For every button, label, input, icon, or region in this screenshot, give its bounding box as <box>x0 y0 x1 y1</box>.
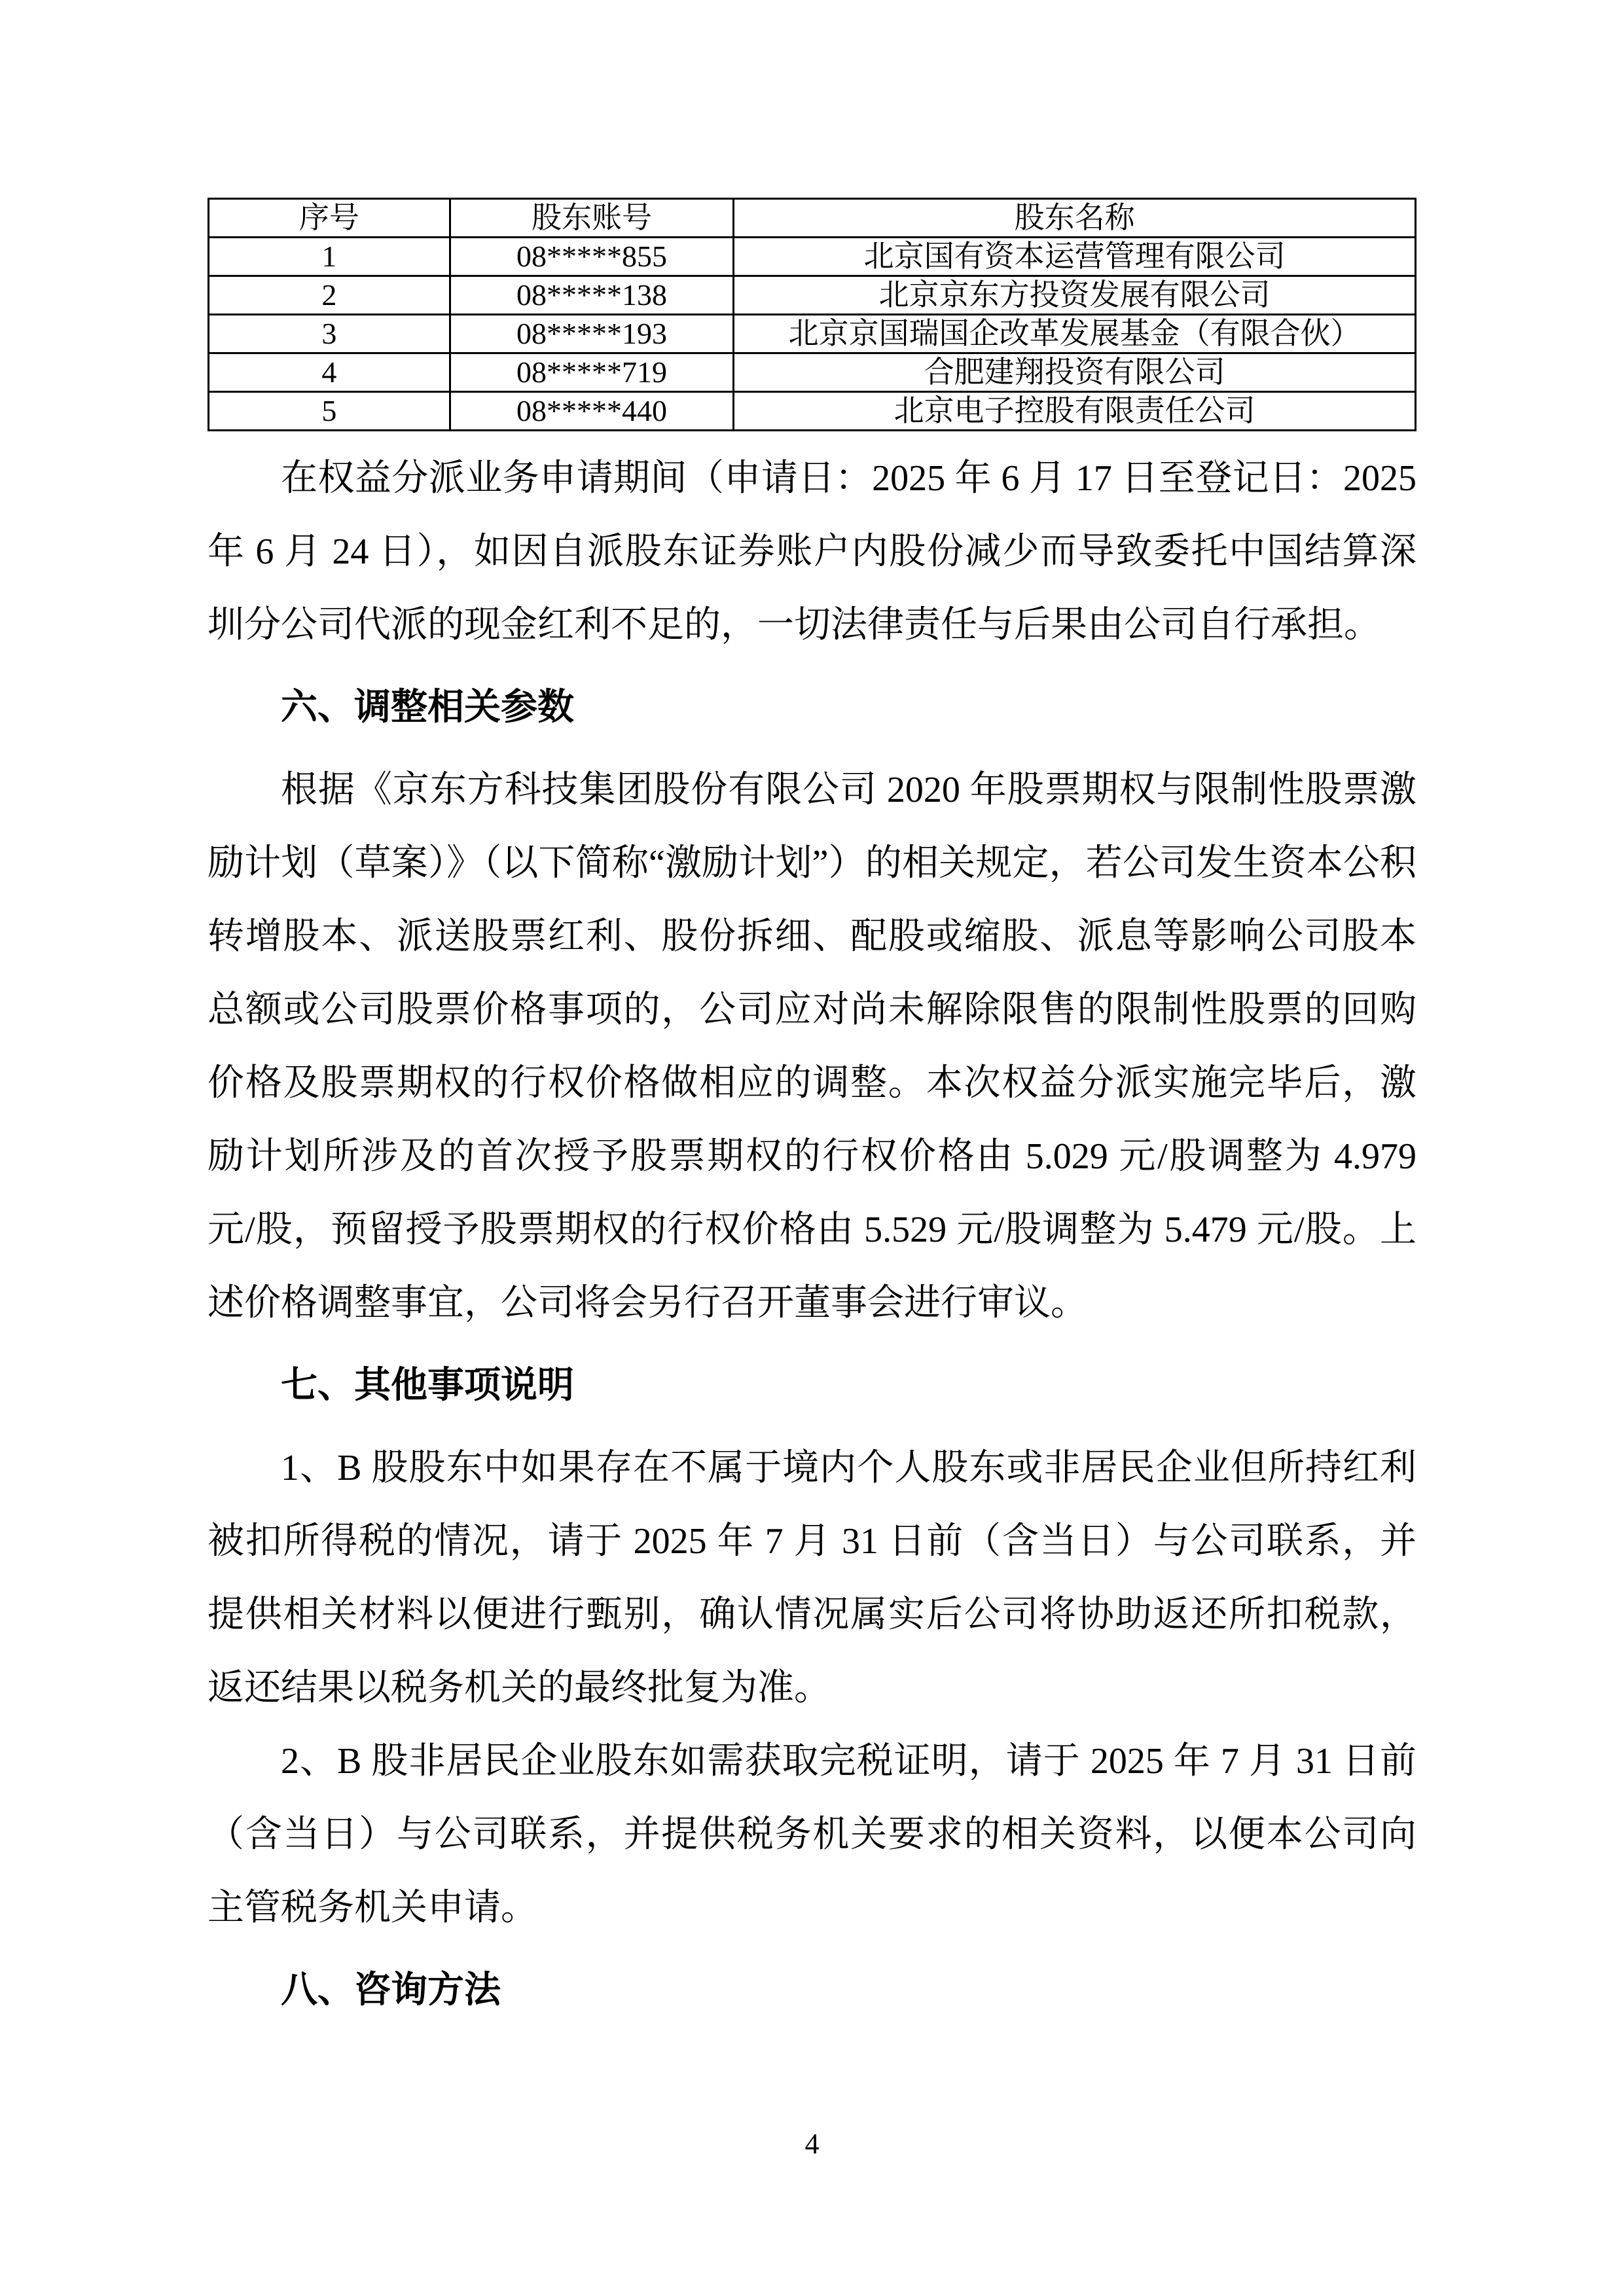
seq-cell: 3 <box>209 315 450 353</box>
table-row: 5 08*****440 北京电子控股有限责任公司 <box>209 392 1416 431</box>
section-7-heading: 七、其他事项说明 <box>208 1349 1416 1422</box>
name-cell: 北京国有资本运营管理有限公司 <box>734 238 1416 276</box>
table-header-account: 股东账号 <box>450 199 733 238</box>
name-cell: 合肥建翔投资有限公司 <box>734 353 1416 392</box>
page-number: 4 <box>0 2126 1624 2162</box>
seq-cell: 1 <box>209 238 450 276</box>
section-6-heading: 六、调整相关参数 <box>208 671 1416 744</box>
account-cell: 08*****440 <box>450 392 733 431</box>
section-7-item-1: 1、B 股股东中如果存在不属于境内个人股东或非居民企业但所持红利被扣所得税的情况… <box>208 1431 1416 1725</box>
account-cell: 08*****193 <box>450 315 733 353</box>
table-row: 4 08*****719 合肥建翔投资有限公司 <box>209 353 1416 392</box>
seq-cell: 5 <box>209 392 450 431</box>
document-page: 序号 股东账号 股东名称 1 08*****855 北京国有资本运营管理有限公司… <box>0 0 1624 2296</box>
table-row: 3 08*****193 北京京国瑞国企改革发展基金（有限合伙） <box>209 315 1416 353</box>
name-cell: 北京电子控股有限责任公司 <box>734 392 1416 431</box>
section-6-paragraph: 根据《京东方科技集团股份有限公司 2020 年股票期权与限制性股票激励计划（草案… <box>208 753 1416 1340</box>
table-header-seq: 序号 <box>209 199 450 238</box>
table-header-name: 股东名称 <box>734 199 1416 238</box>
account-cell: 08*****719 <box>450 353 733 392</box>
seq-cell: 4 <box>209 353 450 392</box>
table-row: 2 08*****138 北京京东方投资发展有限公司 <box>209 276 1416 315</box>
section-8-heading: 八、咨询方法 <box>208 1954 1416 2027</box>
name-cell: 北京京东方投资发展有限公司 <box>734 276 1416 315</box>
table-header-row: 序号 股东账号 股东名称 <box>209 199 1416 238</box>
account-cell: 08*****138 <box>450 276 733 315</box>
seq-cell: 2 <box>209 276 450 315</box>
section-7-item-2: 2、B 股非居民企业股东如需获取完税证明，请于 2025 年 7 月 31 日前… <box>208 1725 1416 1945</box>
account-cell: 08*****855 <box>450 238 733 276</box>
paragraph-dividend-application: 在权益分派业务申请期间（申请日：2025 年 6 月 17 日至登记日：2025… <box>208 442 1416 662</box>
name-cell: 北京京国瑞国企改革发展基金（有限合伙） <box>734 315 1416 353</box>
shareholder-table: 序号 股东账号 股东名称 1 08*****855 北京国有资本运营管理有限公司… <box>208 198 1416 431</box>
table-row: 1 08*****855 北京国有资本运营管理有限公司 <box>209 238 1416 276</box>
